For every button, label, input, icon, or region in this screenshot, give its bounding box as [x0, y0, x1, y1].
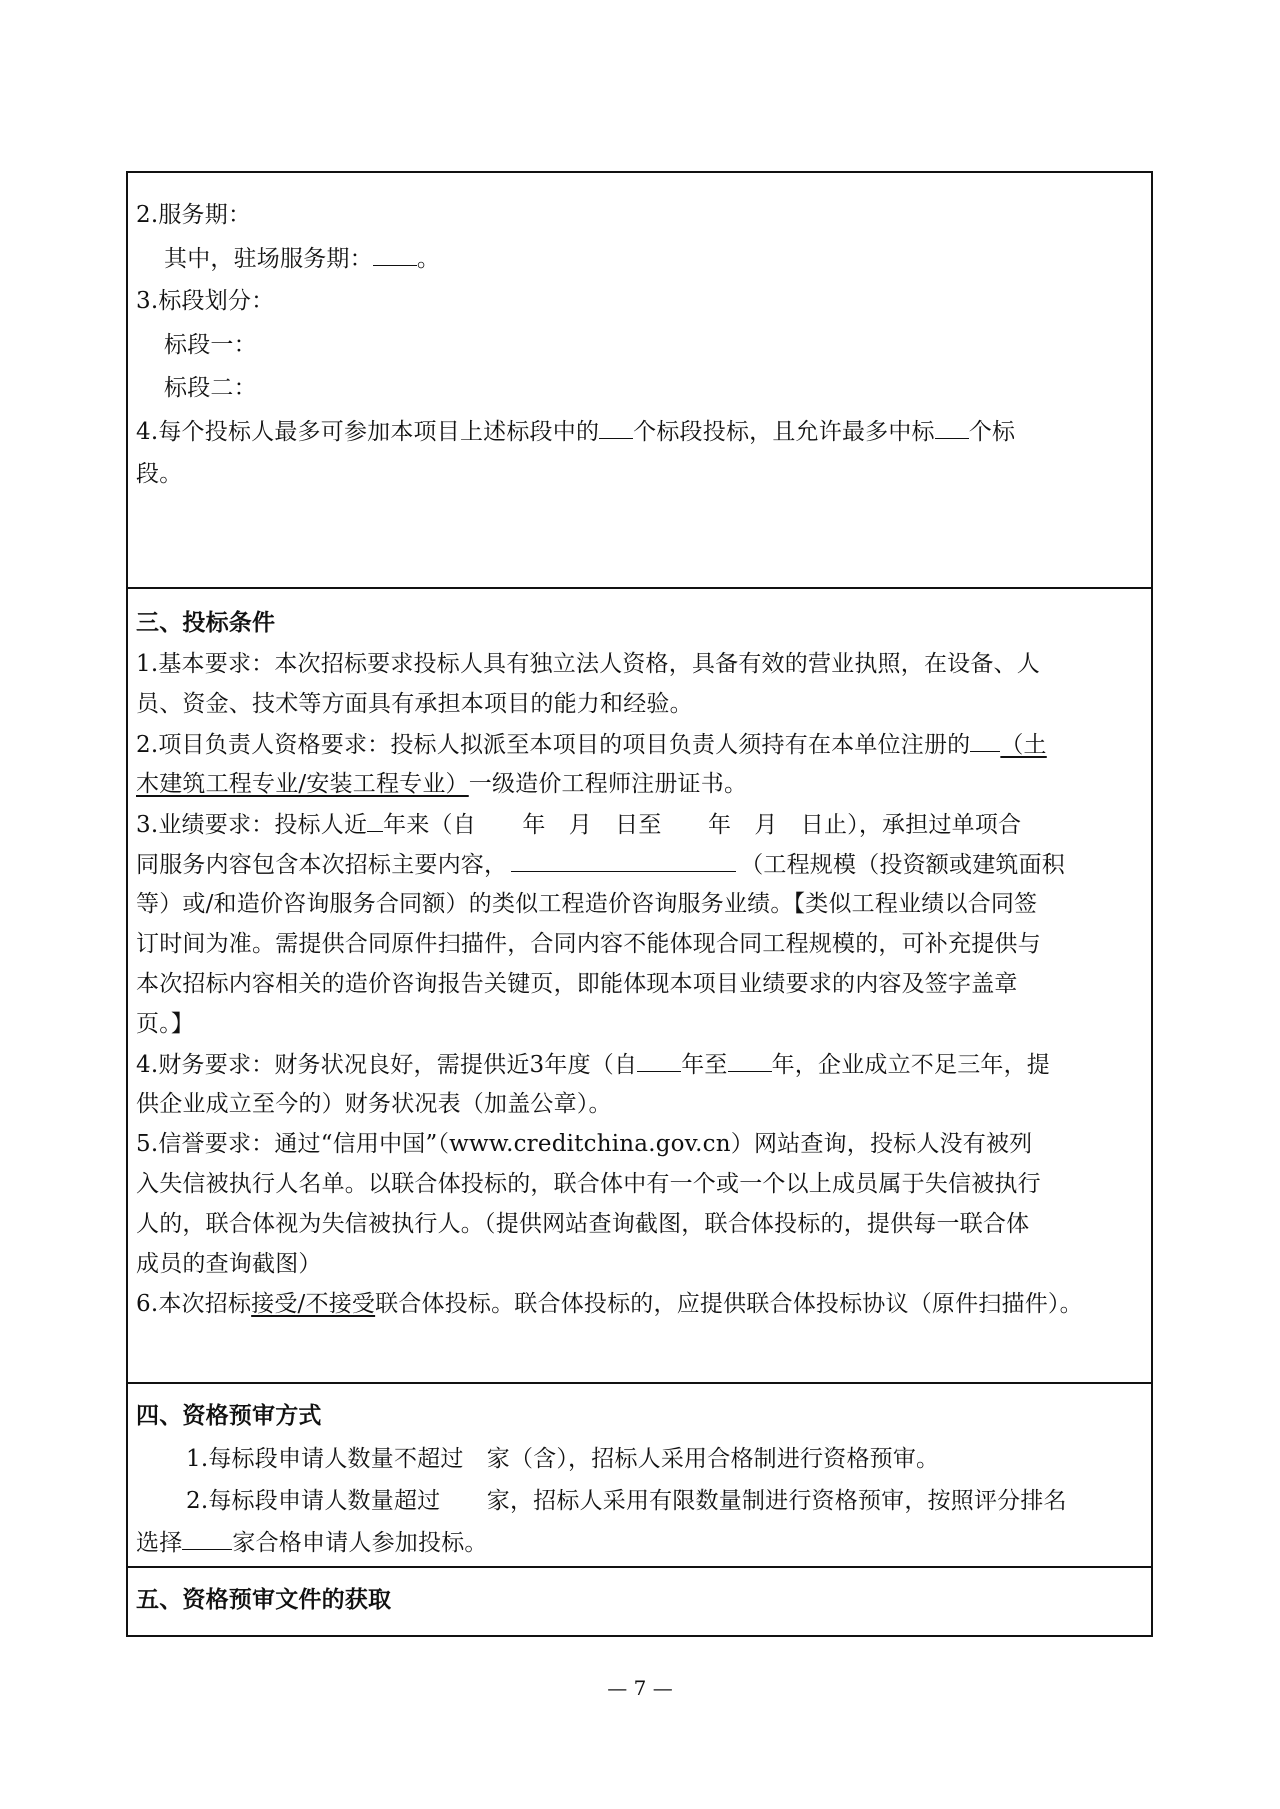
method-text-1: 选择 — [136, 1530, 182, 1556]
perf-req-line-5: 本次招标内容相关的造价咨询报告关键页，即能体现本项目业绩要求的内容及签字盖章 — [136, 969, 1145, 999]
announcement-table: 2.服务期： 其中，驻场服务期：。 3.标段划分： 标段一： 标段二： 4.每个… — [126, 171, 1153, 1637]
max-win-lots-blank — [935, 416, 969, 439]
method-text-2: 家合格申请人参加投标。 — [232, 1530, 487, 1556]
lead-req-line-2: 木建筑工程专业/安装工程专业）一级造价工程师注册证书。 — [136, 769, 1145, 799]
lead-req-specialty-start: （土 — [1000, 732, 1046, 758]
perf-req-line-1: 3.业绩要求：投标人近年来（自 年 月 日至 年 月 日止），承担过单项合 — [136, 809, 1145, 840]
basic-req-line-1: 1.基本要求：本次招标要求投标人具有独立法人资格，具备有效的营业执照，在设备、人 — [136, 649, 1145, 679]
onsite-period-blank — [373, 243, 417, 266]
section-heading-5: 五、资格预审文件的获取 — [136, 1585, 1145, 1615]
fin-req-line-2: 供企业成立至今的）财务状况表（加盖公章）。 — [136, 1089, 1145, 1119]
onsite-period-line: 其中，驻场服务期：。 — [164, 243, 1145, 274]
perf-scale-blank — [511, 849, 736, 872]
perf-req-text-4: （工程规模（投资额或建筑面积 — [740, 852, 1065, 878]
fin-start-year-blank — [637, 1049, 681, 1072]
lot-limit-text-1: 4.每个投标人最多可参加本项目上述标段中的 — [136, 419, 599, 445]
max-bid-lots-blank — [599, 416, 633, 439]
lot-limit-line: 4.每个投标人最多可参加本项目上述标段中的个标段投标，且允许最多中标个标 — [136, 416, 1145, 447]
credit-req-line-2: 入失信被执行人名单。以联合体投标的，联合体中有一个或一个以上成员属于失信被执行 — [136, 1169, 1145, 1199]
credit-req-line-4: 成员的查询截图） — [136, 1249, 1145, 1279]
fin-end-year-blank — [728, 1049, 772, 1072]
perf-req-text-3: 同服务内容包含本次招标主要内容， — [136, 852, 507, 878]
fin-req-line-1: 4.财务要求：财务状况良好，需提供近3年度（自年至年，企业成立不足三年，提 — [136, 1049, 1145, 1080]
row-prequalification-method: 四、资格预审方式 1.每标段申请人数量不超过 家（含），招标人采用合格制进行资格… — [128, 1384, 1151, 1568]
lot-2: 标段二： — [164, 373, 1145, 403]
credit-req-line-1: 5.信誉要求：通过“信用中国”（www.creditchina.gov.cn）网… — [136, 1129, 1145, 1159]
lot-limit-text-2: 个标段投标，且允许最多中标 — [633, 419, 935, 445]
perf-years-blank — [367, 809, 383, 832]
perf-req-line-4: 订时间为准。需提供合同原件扫描件，合同内容不能体现合同工程规模的，可补充提供与 — [136, 929, 1145, 959]
section-heading-3: 三、投标条件 — [136, 608, 1145, 638]
lead-req-line-1: 2.项目负责人资格要求：投标人拟派至本项目的项目负责人须持有在本单位注册的（土 — [136, 729, 1145, 760]
lot-limit-text-3: 个标 — [969, 419, 1015, 445]
fin-req-text-1: 4.财务要求：财务状况良好，需提供近3年度（自 — [136, 1052, 637, 1078]
lot-limit-line-end: 段。 — [136, 459, 1145, 489]
method-line-3: 选择家合格申请人参加投标。 — [136, 1527, 1145, 1558]
onsite-period-label: 其中，驻场服务期： — [164, 246, 373, 272]
lead-req-specialty: 木建筑工程专业/安装工程专业） — [136, 771, 469, 797]
row-service-and-lots: 2.服务期： 其中，驻场服务期：。 3.标段划分： 标段一： 标段二： 4.每个… — [128, 173, 1151, 589]
lead-req-text: 2.项目负责人资格要求：投标人拟派至本项目的项目负责人须持有在本单位注册的 — [136, 732, 970, 758]
section-heading-4: 四、资格预审方式 — [136, 1401, 1145, 1431]
jv-req-text-1: 6.本次招标 — [136, 1291, 251, 1317]
row-bidding-conditions: 三、投标条件 1.基本要求：本次招标要求投标人具有独立法人资格，具备有效的营业执… — [128, 589, 1151, 1384]
credit-req-line-3: 人的，联合体视为失信被执行人。（提供网站查询截图，联合体投标的，提供每一联合体 — [136, 1209, 1145, 1239]
perf-req-line-6: 页。】 — [136, 1009, 1145, 1039]
fin-req-text-2: 年至 — [681, 1052, 727, 1078]
method-line-2: 2.每标段申请人数量超过 家，招标人采用有限数量制进行资格预审，按照评分排名 — [186, 1486, 1145, 1516]
onsite-period-suffix: 。 — [417, 246, 440, 272]
lot-1: 标段一： — [164, 330, 1145, 360]
service-period-label: 2.服务期： — [136, 200, 1145, 230]
jv-req-line: 6.本次招标接受/不接受联合体投标。联合体投标的，应提供联合体投标协议（原件扫描… — [136, 1289, 1145, 1319]
perf-req-text-2: 年来（自 年 月 日至 年 月 日止），承担过单项合 — [383, 812, 1021, 838]
method-line-1: 1.每标段申请人数量不超过 家（含），招标人采用合格制进行资格预审。 — [186, 1444, 1145, 1474]
perf-req-line-3: 等）或/和造价咨询服务合同额）的类似工程造价咨询服务业绩。【类似工程业绩以合同签 — [136, 889, 1145, 919]
jv-req-text-2: 联合体投标。联合体投标的，应提供联合体投标协议（原件扫描件）。 — [375, 1291, 1083, 1317]
page-number: — 7 — — [0, 1676, 1280, 1700]
lead-req-cert: 一级造价工程师注册证书。 — [469, 771, 747, 797]
row-document-acquisition: 五、资格预审文件的获取 — [128, 1568, 1151, 1635]
lots-title: 3.标段划分： — [136, 286, 1145, 316]
selected-count-blank — [182, 1527, 232, 1550]
basic-req-line-2: 员、资金、技术等方面具有承担本项目的能力和经验。 — [136, 689, 1145, 719]
perf-req-line-2: 同服务内容包含本次招标主要内容，（工程规模（投资额或建筑面积 — [136, 849, 1145, 880]
lead-req-blank — [970, 729, 1000, 752]
fin-req-text-3: 年，企业成立不足三年，提 — [772, 1052, 1050, 1078]
jv-accept-option: 接受/不接受 — [251, 1291, 375, 1317]
perf-req-text-1: 3.业绩要求：投标人近 — [136, 812, 367, 838]
